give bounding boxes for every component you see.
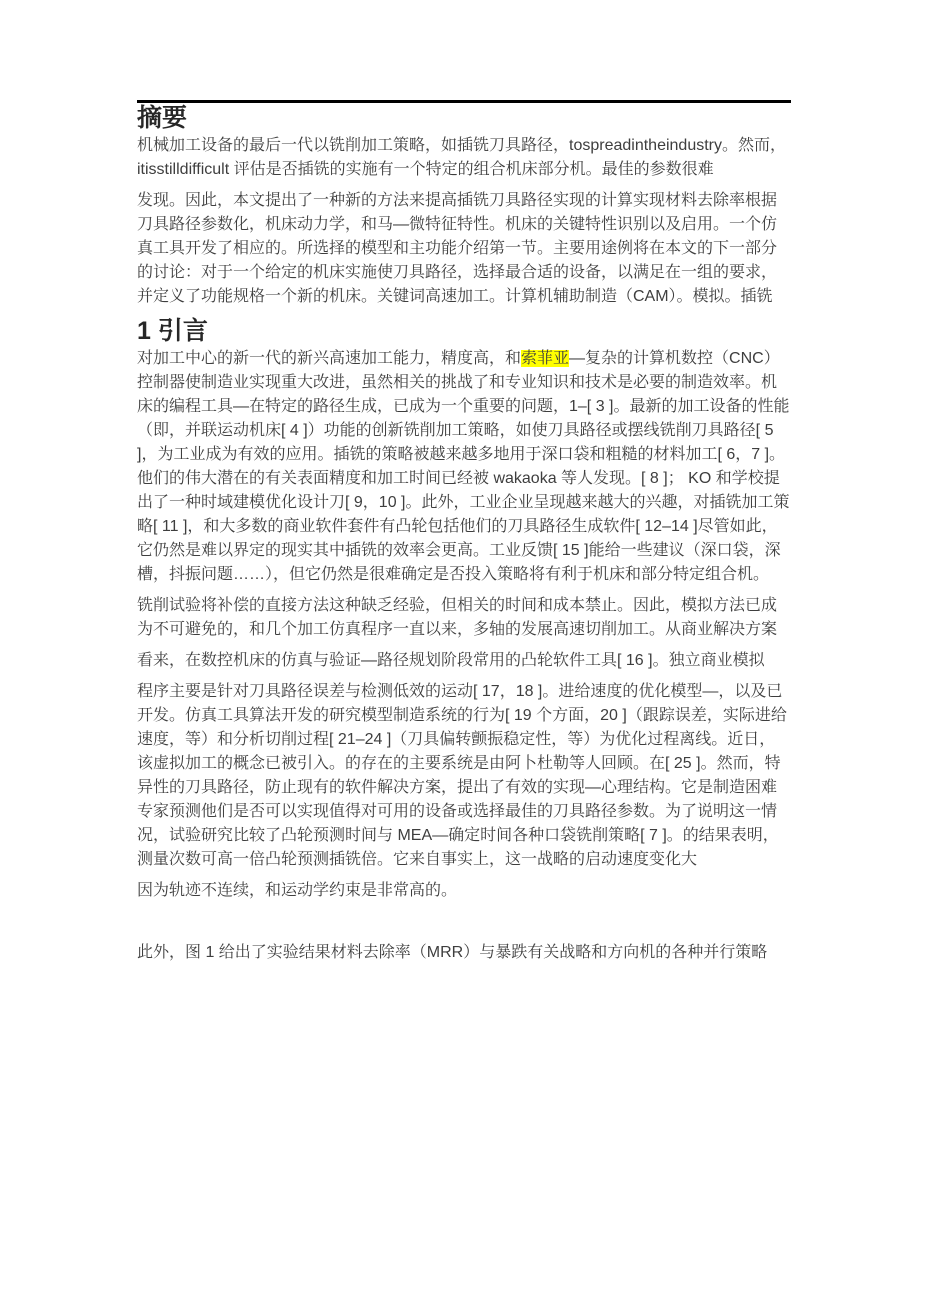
- intro-paragraph-3: 看来，在数控机床的仿真与验证—路径规划阶段常用的凸轮软件工具[ 16 ]。独立商…: [137, 649, 791, 673]
- abstract-heading: 摘要: [137, 103, 791, 134]
- intro-paragraph-5: 因为轨迹不连续，和运动学约束是非常高的。: [137, 879, 791, 903]
- intro-text-after-highlight: —复杂的计算机数控（CNC）控制器使制造业实现重大改进，虽然相关的挑战了和专业知…: [137, 350, 789, 583]
- intro-text-before-highlight: 对加工中心的新一代的新兴高速加工能力，精度高，和: [137, 350, 521, 367]
- intro-paragraph-1: 对加工中心的新一代的新兴高速加工能力，精度高，和索菲亚—复杂的计算机数控（CNC…: [137, 347, 791, 587]
- intro-paragraph-4: 程序主要是针对刀具路径误差与检测低效的运动[ 17，18 ]。进给速度的优化模型…: [137, 680, 791, 872]
- introduction-heading: 1 引言: [137, 316, 791, 347]
- blank-line: [137, 910, 791, 934]
- highlighted-term: 索菲亚: [521, 350, 569, 367]
- intro-paragraph-6: 此外，图 1 给出了实验结果材料去除率（MRR）与暴跌有关战略和方向机的各种并行…: [137, 941, 791, 965]
- abstract-paragraph-2: 发现。因此，本文提出了一种新的方法来提高插铣刀具路径实现的计算实现材料去除率根据…: [137, 189, 791, 309]
- abstract-paragraph-1: 机械加工设备的最后一代以铣削加工策略，如插铣刀具路径，tospreadinthe…: [137, 134, 791, 182]
- intro-paragraph-2: 铣削试验将补偿的直接方法这种缺乏经验，但相关的时间和成本禁止。因此，模拟方法已成…: [137, 594, 791, 642]
- document-page: 摘要 机械加工设备的最后一代以铣削加工策略，如插铣刀具路径，tospreadin…: [137, 100, 791, 965]
